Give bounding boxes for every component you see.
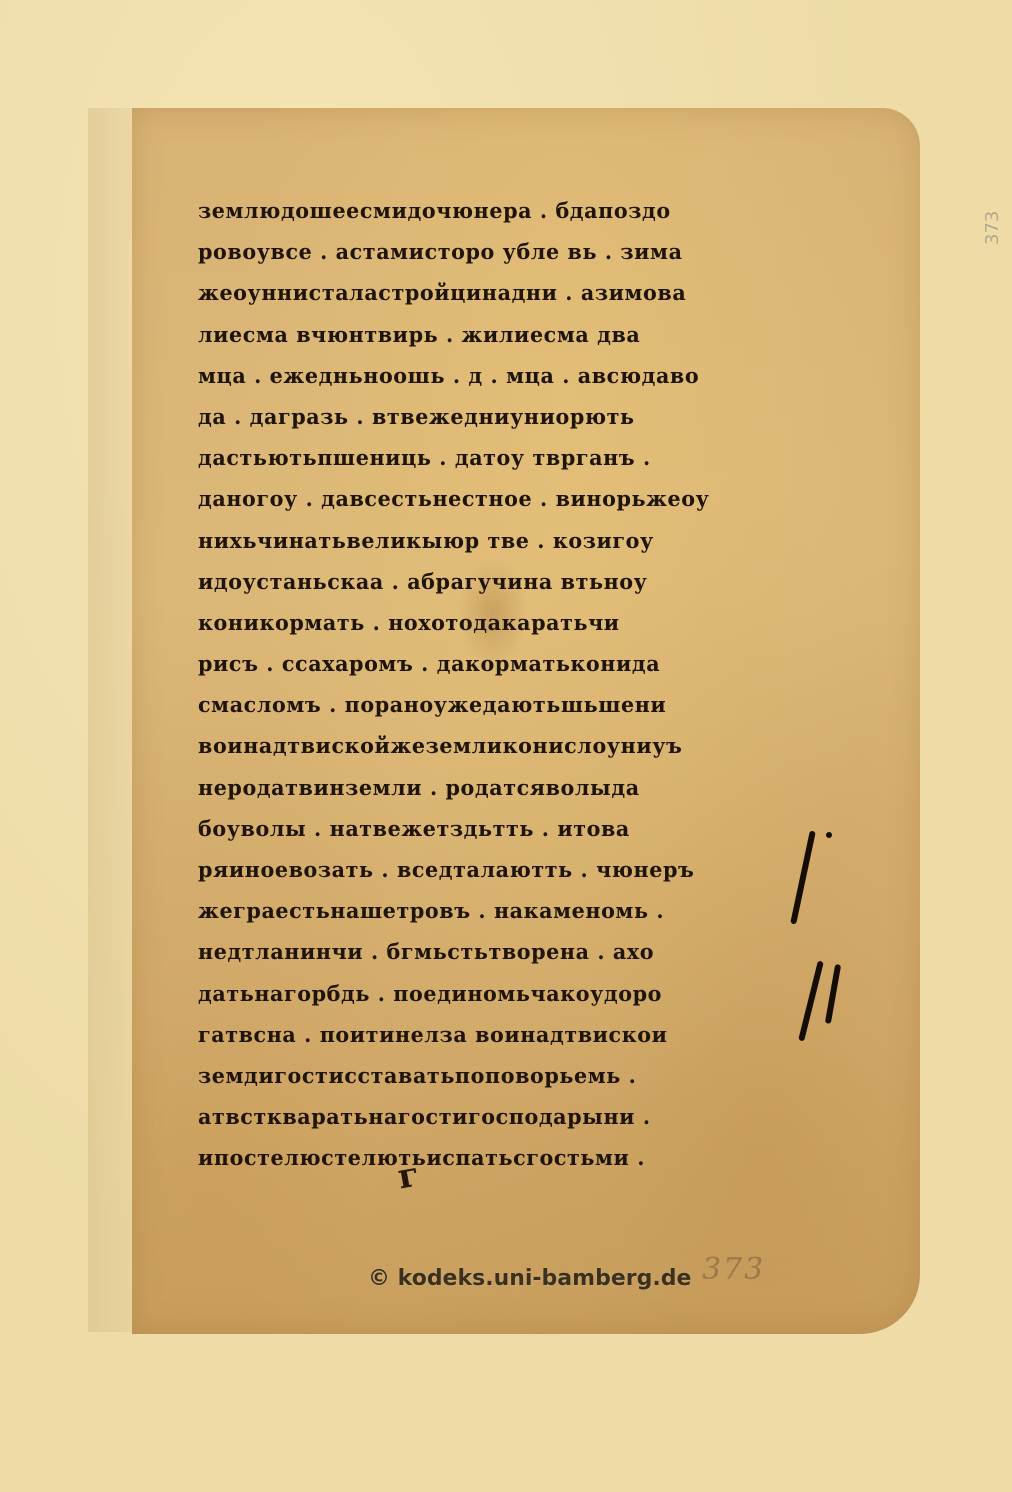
folio-edge-shadow bbox=[88, 108, 136, 1332]
text-line: земдигостисставатьпоповорьемь . bbox=[198, 1055, 788, 1096]
folio-number-pencil: 373 bbox=[702, 1252, 765, 1287]
text-line: недтланинчи . бгмьстьтворена . ахо bbox=[198, 931, 788, 972]
text-line: ровоувсе . астамисторо убле вь . зима bbox=[198, 231, 788, 272]
text-line: да . дагразь . втвежедниуниорють bbox=[198, 396, 788, 437]
text-line: воинадтвискойжеземликонислоуниуъ bbox=[198, 725, 788, 766]
text-line: жеграестьнашетровъ . накаменомь . bbox=[198, 890, 788, 931]
text-line: землюдошеесмидочюнера . бдапоздо bbox=[198, 190, 788, 231]
text-line: неродатвинземли . родатсяволыда bbox=[198, 767, 788, 808]
text-line: смасломъ . пораноужедаютьшьшени bbox=[198, 684, 788, 725]
text-line: гатвсна . поитинелза воинадтвискои bbox=[198, 1014, 788, 1055]
margin-mark-upper-dot bbox=[826, 832, 832, 838]
text-line: нихьчинатьвеликыюр тве . козигоу bbox=[198, 520, 788, 561]
text-line: датьнагорбдь . поединомьчакоудоро bbox=[198, 973, 788, 1014]
manuscript-text: землюдошеесмидочюнера . бдапоздо ровоувс… bbox=[198, 190, 798, 1179]
text-line: лиесма вчюнтвирь . жилиесма два bbox=[198, 314, 788, 355]
text-line: ряиноевозать . вседталаютть . чюнеръ bbox=[198, 849, 788, 890]
text-line: идоустаньскаа . абрагучина втьноу bbox=[198, 561, 788, 602]
text-line: атвсткваратьнагостигосподарыни . bbox=[198, 1096, 788, 1137]
text-line: боуволы . натвежетздьтть . итова bbox=[198, 808, 788, 849]
text-line: даногоу . давсестьнестное . винорьжеоу bbox=[198, 478, 788, 519]
text-line: жеоуннисталастройцинадни . азимова bbox=[198, 272, 788, 313]
text-line: ипостелюстелютьиспатьсгостьми . bbox=[198, 1137, 788, 1178]
text-line: мца . ежедньноошь . д . мца . авсюдаво bbox=[198, 355, 788, 396]
copyright-watermark: © kodeks.uni-bamberg.de bbox=[368, 1266, 691, 1291]
folio-number-stamp: 373 bbox=[982, 211, 1003, 245]
text-line: коникормать . нохотодакаратьчи bbox=[198, 602, 788, 643]
text-line: рисъ . ссахаромъ . дакорматьконида bbox=[198, 643, 788, 684]
text-line: дастьютьпшениць . датоу тврганъ . bbox=[198, 437, 788, 478]
